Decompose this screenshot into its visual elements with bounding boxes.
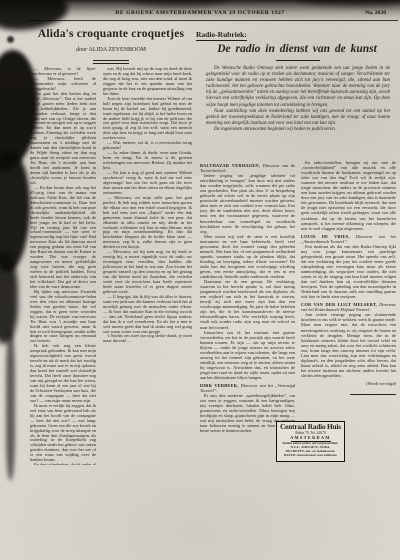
paragraph: Ik moet er eerlijk bij zeggen, dat ik we… bbox=[30, 404, 96, 463]
paragraph: En dan te bedenken, dat ik onder al die … bbox=[30, 463, 96, 465]
respondent-heading: BALTHAZAR VERHAGEN, Directeur van de Too… bbox=[200, 163, 295, 173]
paragraph: — Mevrouw, zei mijn stille gast, het gaa… bbox=[103, 196, 192, 250]
left-column-b: was. Hij hoorde mij op de trap en deed d… bbox=[103, 67, 192, 465]
byline-rule bbox=[93, 60, 129, 64]
scan-blot-left-3 bbox=[0, 252, 18, 344]
radio-rubric-label: Radio-Rubriek: bbox=[196, 30, 247, 41]
paragraph: — En kan u nog al goed met meneer Wilmet… bbox=[103, 171, 192, 196]
paragraph: Toen ik hem vertelde dat meneer Wilmet a… bbox=[103, 97, 192, 142]
masthead-rule bbox=[26, 20, 398, 21]
respondent-heading: DIRK VERBEEK, Directeur van het „Vereeni… bbox=[200, 383, 295, 393]
radio-columns: BALTHAZAR VERHAGEN, Directeur van de Too… bbox=[200, 160, 396, 462]
paragraph: was. Hij hoorde mij op de trap en deed d… bbox=[103, 67, 192, 97]
radio-intro: De Weensche Radio Omroep stelt iedere we… bbox=[206, 66, 390, 133]
left-column-a: — Mevrouw, is de fijne-waschvrouw er al … bbox=[30, 67, 96, 465]
advertisement-centraal-radio-huis: Centraal Radio Huis Rokin 70, Tel. 42670… bbox=[276, 421, 345, 462]
continued-notice: (Wordt vervolgd) bbox=[301, 381, 396, 386]
left-article-columns: — Mevrouw, is de fijne-waschvrouw er al … bbox=[30, 67, 192, 465]
radio-column-middle: BALTHAZAR VERHAGEN, Directeur van de Too… bbox=[200, 160, 295, 462]
byline-author: ALIDA ZEVENBOOM bbox=[89, 47, 147, 53]
scan-speck bbox=[7, 36, 14, 43]
issue-number: No. 2630 bbox=[365, 10, 386, 16]
paragraph: Een instituut als dat van den Radio-Omro… bbox=[301, 244, 396, 300]
paragraph: Iedere poging om „jeugdige talenten tot … bbox=[200, 173, 295, 234]
respondent-heading: LOUIS DE VRIES, Directeur van het „Amste… bbox=[301, 234, 396, 244]
paragraph: Men versta mij wel: de stem is een koste… bbox=[200, 234, 295, 279]
ad-line: BALTIC-bouwdoozen voor zelfbouw bbox=[277, 454, 344, 458]
left-article-title: Alida's croquante croquetjes bbox=[30, 28, 192, 40]
paragraph: — Mevrouw, zei hij toen nog, en hij keek… bbox=[103, 250, 192, 295]
paragraph: Intusschen zou ik het instituut niet gaa… bbox=[200, 330, 295, 380]
intro-paragraph: De ingekomen antwoorden beginnen wij hed… bbox=[206, 127, 390, 133]
headline-rule bbox=[276, 60, 320, 61]
paragraph: — U begrijpt, dat ik blij was dit alles … bbox=[103, 295, 192, 335]
intro-paragraph: Naar aanleiding van deze mededeeling heb… bbox=[206, 109, 390, 127]
byline-door: door bbox=[76, 47, 87, 53]
scan-streak-left bbox=[6, 330, 15, 480]
paragraph: Aan iedere ernstige poging om sluimerend… bbox=[301, 312, 396, 378]
paragraph: Zoo gaat het den heelen dag en altijd „M… bbox=[30, 92, 96, 186]
ad-brand: Centraal Radio Huis bbox=[278, 423, 342, 431]
paragraph: — Mevrouw, heeft de schoenmaker mijn sch… bbox=[30, 77, 96, 92]
ad-city: AMSTERDAM bbox=[277, 435, 344, 440]
newspaper-page: DE GROENE AMSTERDAMMER VAN 29 OCTOBER 19… bbox=[0, 0, 400, 560]
paragraph: Ik heb ook nog een kleine toespraak geho… bbox=[30, 344, 96, 403]
masthead-title: DE GROENE AMSTERDAMMER VAN 29 OCTOBER 19… bbox=[0, 10, 400, 16]
scan-blot-top-right bbox=[295, 0, 400, 6]
section-end-rule bbox=[350, 394, 396, 395]
paragraph: Daarnaast zie ik een gevaar. De verklari… bbox=[200, 279, 295, 329]
paragraph: Bij tijden zag mevrouw Zwanink veel van … bbox=[30, 290, 96, 344]
scan-blot-left-2 bbox=[0, 150, 30, 272]
left-article-byline: door ALIDA ZEVENBOOM bbox=[30, 47, 192, 53]
radio-column-right: En radio-toestellen, brengen zij ons nie… bbox=[301, 160, 396, 462]
paragraph: 's Nachts om twee uur nog sterke drank, … bbox=[103, 334, 192, 344]
radio-headline: De radio in dienst van de kunst bbox=[198, 43, 396, 55]
paragraph: — Ja, zeker dame, ik dacht: even naar Go… bbox=[103, 151, 192, 171]
scan-blot-top-mid bbox=[130, 0, 230, 7]
intro-paragraph: De Weensche Radio Omroep stelt iedere we… bbox=[206, 66, 390, 109]
paragraph: En radio-toestellen, brengen zij ons nie… bbox=[301, 160, 396, 231]
paragraph: — En dan kwam daar ook nog het 65-jarig … bbox=[30, 186, 96, 290]
respondent-heading: COR VAN DER LUGT MELSERT, Directeur van … bbox=[301, 302, 396, 312]
